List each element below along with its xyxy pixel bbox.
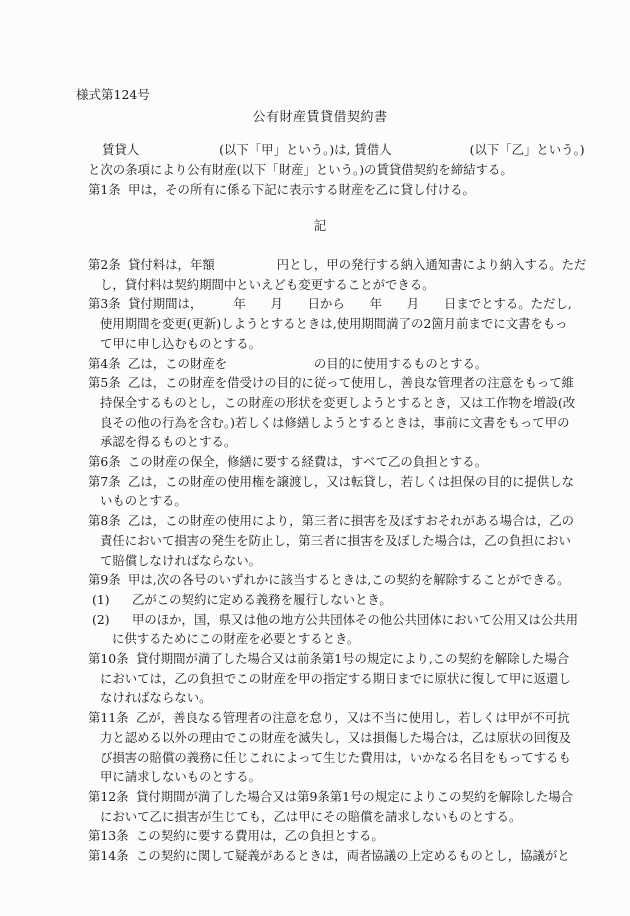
article-line: 乙は，この財産の使用により，第三者に損害を及ぼすおそれがある場合は，乙の	[128, 513, 574, 528]
article-number: 第14条	[88, 846, 136, 866]
article-line: 持保全するものとし，この財産の形状を変更しようとするとき，又は工作物を増設(改	[88, 393, 550, 413]
article-5: 第5条乙は，この財産を借受けの目的に従って使用し，善良な管理者の注意をもって維 …	[88, 373, 550, 452]
article-number: 第13条	[88, 826, 136, 846]
document-title: 公有財産賃貸借契約書	[0, 106, 630, 125]
article-2: 第2条貸付料は，年額 円とし，甲の発行する納入通知書により納入する。ただ し，貸…	[88, 255, 550, 294]
article-line: なければならない。	[88, 688, 550, 708]
article-line: 貸付料は，年額 円とし，甲の発行する納入通知書により納入する。ただ	[128, 257, 586, 272]
article-9-item-2: (2)甲のほか，国，県又は他の地方公共団体その他公共団体において公用又は公共用	[88, 610, 550, 630]
article-14: 第14条この契約に関して疑義があるときは，両者協議の上定めるものとし，協議がと	[88, 846, 550, 866]
lessor-definition: (以下「甲」という。)は, 賃借人	[219, 142, 391, 157]
article-number: 第2条	[88, 255, 128, 275]
article-line: び損害の賠償の義務に任じこれによって生じた費用は，いかなる名目をもってするも	[88, 748, 550, 768]
article-line: 貸付期間が満了した場合又は前条第1号の規定により,この契約を解除した場合	[136, 651, 569, 666]
article-number: 第3条	[88, 294, 128, 314]
article-number: 第12条	[88, 787, 136, 807]
article-number: 第7条	[88, 472, 128, 492]
article-line: 甲は,次の各号のいずれかに該当するときは,この契約を解除することができる。	[128, 572, 570, 587]
item-line: 乙がこの契約に定める義務を履行しないとき。	[132, 592, 392, 607]
article-line: し，貸付料は契約期間中といえども変更することができる。	[88, 275, 550, 295]
article-line: て甲に申し込むものとする。	[88, 334, 550, 354]
article-number: 第4条	[88, 354, 128, 374]
article-number: 第11条	[88, 708, 136, 728]
article-line: 貸付期間は， 年 月 日から 年 月 日までとする。ただし,	[128, 296, 572, 311]
article-4: 第4条乙は，この財産を の目的に使用するものとする。	[88, 354, 550, 374]
article-line: においては，乙の負担でこの財産を甲の指定する期日までに原状に復して甲に返還し	[88, 669, 550, 689]
article-number: 第5条	[88, 373, 128, 393]
article-number: 第9条	[88, 570, 128, 590]
item-line: 甲のほか，国，県又は他の地方公共団体その他公共団体において公用又は公共用	[132, 612, 578, 627]
article-line: この契約に要する費用は，乙の負担とする。	[136, 828, 384, 843]
article-line: て賠償しなければならない。	[88, 551, 550, 571]
preamble: 賃貸人(以下「甲」という。)は, 賃借人(以下「乙」という。) と次の条項により…	[88, 140, 550, 180]
article-line: 力と認める以外の理由でこの財産を滅失し，又は損傷した場合は，乙は原状の回復及	[88, 728, 550, 748]
article-12: 第12条貸付期間が満了した場合又は第9条第1号の規定によりこの契約を解除した場合…	[88, 787, 550, 826]
article-line: いものとする。	[88, 491, 550, 511]
article-line: この財産の保全，修繕に要する経費は，すべて乙の負担とする。	[128, 454, 487, 469]
lessee-definition: (以下「乙」という。)	[470, 142, 585, 157]
article-line: 乙は，この財産を借受けの目的に従って使用し，善良な管理者の注意をもって維	[128, 375, 574, 390]
form-number: 様式第124号	[76, 85, 150, 103]
article-13: 第13条この契約に要する費用は，乙の負担とする。	[88, 826, 550, 846]
article-number: 第10条	[88, 649, 136, 669]
article-line: 承認を得るものとする。	[88, 432, 550, 452]
article-number: 第6条	[88, 452, 128, 472]
article-7: 第7条乙は，この財産の使用権を譲渡し，又は転貸し，若しくは担保の目的に提供しな …	[88, 472, 550, 511]
article-line: 乙が，善良なる管理者の注意を怠り，又は不当に使用し，若しくは甲が不可抗	[136, 710, 570, 725]
preamble-line-1: 賃貸人(以下「甲」という。)は, 賃借人(以下「乙」という。)	[88, 140, 550, 160]
document-page: 様式第124号 公有財産賃貸借契約書 賃貸人(以下「甲」という。)は, 賃借人(…	[0, 0, 630, 916]
article-10: 第10条貸付期間が満了した場合又は前条第1号の規定により,この契約を解除した場合…	[88, 649, 550, 708]
article-text: 甲は，その所有に係る下記に表示する財産を乙に貸し付ける。	[128, 182, 475, 197]
ki-heading: 記	[0, 216, 630, 234]
article-line: 甲に請求しないものとする。	[88, 767, 550, 787]
article-6: 第6条この財産の保全，修繕に要する経費は，すべて乙の負担とする。	[88, 452, 550, 472]
article-line: この契約に関して疑義があるときは，両者協議の上定めるものとし，協議がと	[136, 848, 570, 863]
article-3: 第3条貸付期間は， 年 月 日から 年 月 日までとする。ただし, 使用期間を変…	[88, 294, 550, 353]
article-9: 第9条甲は,次の各号のいずれかに該当するときは,この契約を解除することができる。…	[88, 570, 550, 649]
articles-list: 第2条貸付料は，年額 円とし，甲の発行する納入通知書により納入する。ただ し，貸…	[88, 255, 550, 866]
article-line: 乙は，この財産を の目的に使用するものとする。	[128, 356, 487, 371]
article-9-item-1: (1)乙がこの契約に定める義務を履行しないとき。	[88, 590, 550, 610]
article-line: 貸付期間が満了した場合又は第9条第1号の規定によりこの契約を解除した場合	[136, 789, 573, 804]
article-line: 乙は，この財産の使用権を譲渡し，又は転貸し，若しくは担保の目的に提供しな	[128, 474, 574, 489]
article-line: 責任において損害の発生を防止し，第三者に損害を及ぼした場合は，乙の負担におい	[88, 531, 550, 551]
article-line: において乙に損害が生じても，乙は甲にその賠償を請求しないものとする。	[88, 807, 550, 827]
preamble-line-2: と次の条項により公有財産(以下「財産」という。)の賃貸借契約を締結する。	[88, 160, 550, 180]
item-line: に供するためにこの財産を必要とするとき。	[88, 629, 550, 649]
article-number: 第8条	[88, 511, 128, 531]
item-number: (2)	[92, 610, 132, 630]
article-line: 良その他の行為を含む。)若しくは修繕しようとするときは，事前に文書をもって甲の	[88, 413, 550, 433]
article-8: 第8条乙は，この財産の使用により，第三者に損害を及ぼすおそれがある場合は，乙の …	[88, 511, 550, 570]
lessor-label: 賃貸人	[102, 142, 139, 157]
article-1: 第1条甲は，その所有に係る下記に表示する財産を乙に貸し付ける。	[88, 180, 475, 200]
article-line: 使用期間を変更(更新)しようとするときは,使用期間満了の2箇月前までに文書をもっ	[88, 314, 550, 334]
item-number: (1)	[92, 590, 132, 610]
article-11: 第11条乙が，善良なる管理者の注意を怠り，又は不当に使用し，若しくは甲が不可抗 …	[88, 708, 550, 787]
article-number: 第1条	[88, 180, 128, 200]
